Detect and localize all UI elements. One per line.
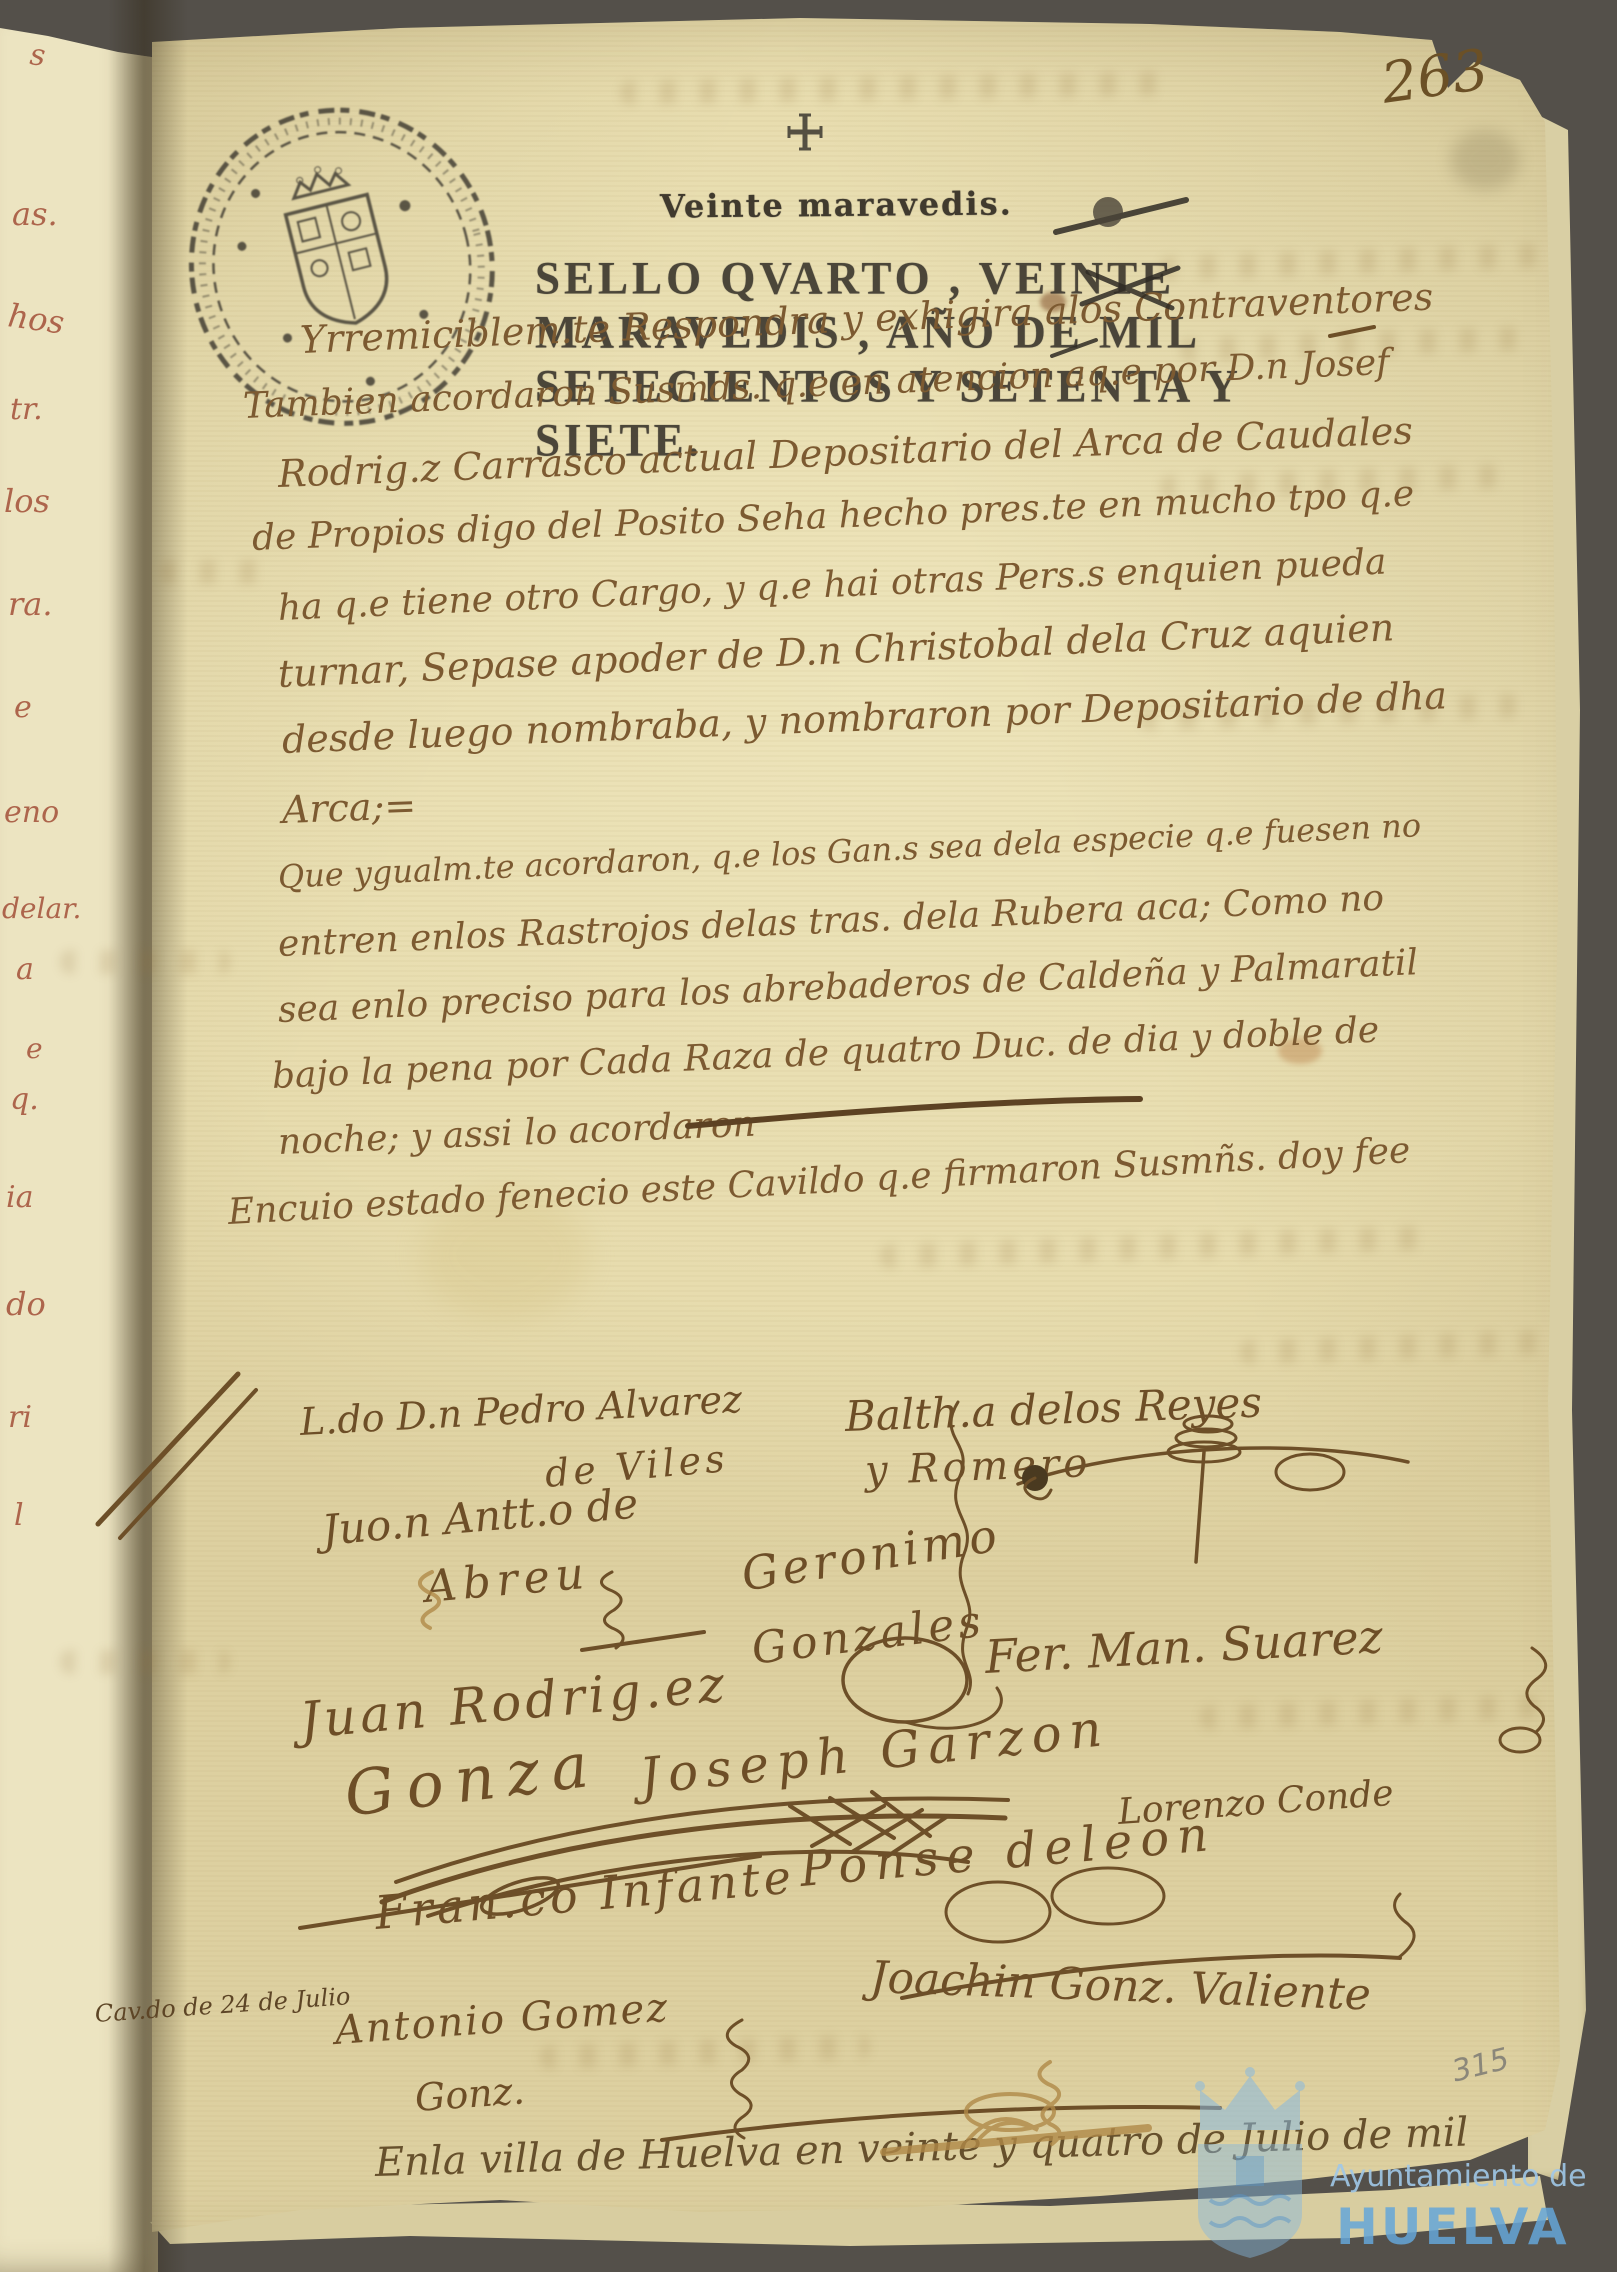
pen-flourish <box>98 327 1546 2140</box>
watermark-text-line1: Ayuntamiento de <box>1330 2159 1587 2194</box>
pen-flourishes-layer <box>0 0 1617 2272</box>
watermark-text-line2: HUELVA <box>1336 2198 1570 2256</box>
huelva-crest-icon <box>1195 2067 1305 2258</box>
huelva-council-watermark: Ayuntamiento de HUELVA <box>1180 2060 1540 2272</box>
tan-rubric <box>420 1572 1148 2152</box>
stamp-strikeout-marks <box>1052 197 1186 356</box>
manuscript-scan: s as. hos tr. los ra. e eno delar. a e q… <box>0 0 1617 2272</box>
